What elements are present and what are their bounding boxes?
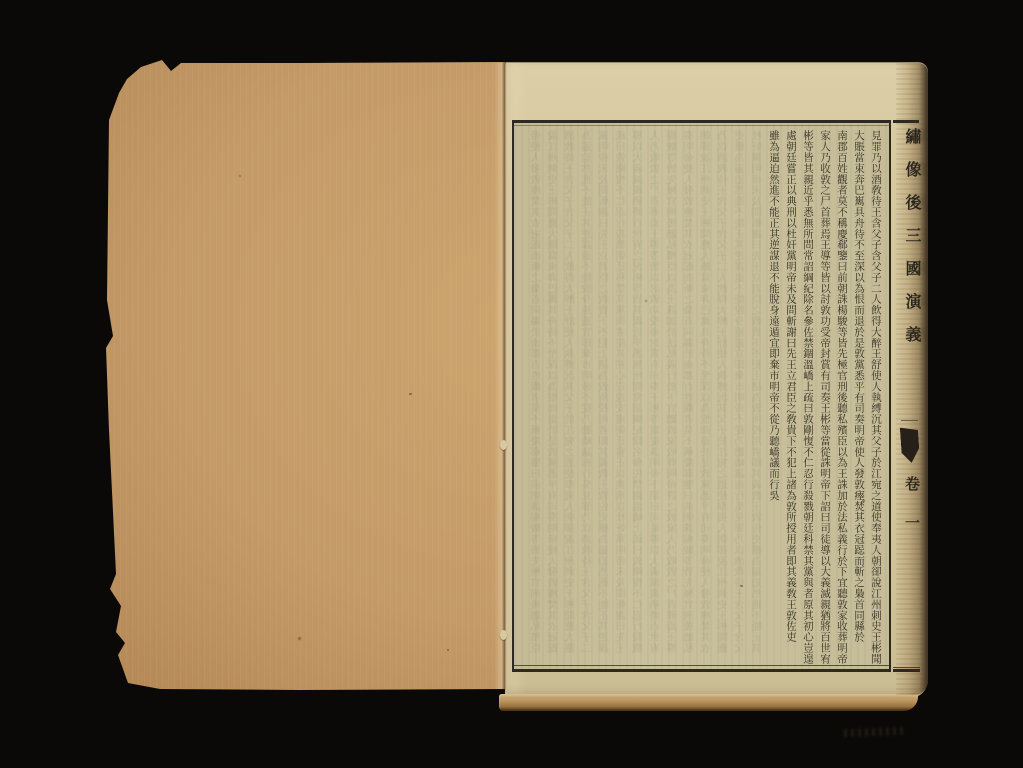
showthrough-column: 吏雖為逼迫然進不能正其逆謀退不能脫身遠遁宜即棄市明帝不從乃聽嶠議而行吳見罪乃以酒… — [732, 130, 748, 670]
text-column: 大賬當束奔巴嶲具舟待不至深以為恨而退於是敦黨悉平有司奏明帝使人發敦瘞焚其衣冠跽而… — [851, 130, 867, 670]
volume-label: 卷一 — [902, 476, 923, 606]
text-column: 雖為逼迫然進不能正其逆謀退不能脫身遠遁宜即棄市明帝不從乃聽嶠議而行吳 — [766, 130, 782, 670]
title-underline — [901, 420, 918, 421]
foxing-spot — [740, 585, 743, 587]
showthrough-column: 朝卻說江州刺史王彬聞應大賬當束奔巴嶲具舟待不至深以為恨而退於是敦黨悉平有司奏明帝… — [698, 130, 714, 670]
foxing-spot — [862, 500, 865, 502]
fishtail-icon — [900, 426, 920, 463]
showthrough-column: 奏明帝使人發敦瘞焚其衣冠跽而斬之梟首同縣於南郡百姓觀者莫不稱慶郗鑒曰前朝誅楊駿等… — [681, 130, 697, 670]
showthrough-column: 為逼迫然進不能正其逆謀退不能脫身遠遁宜即棄市明帝不從乃聽嶠議而行吳見罪乃以酒敎待… — [579, 130, 595, 670]
showthrough-column: 疏曰敦剛愎不仁忍行殺戮朝廷科禁其黨與者原其初心豈遑安處朝廷嘗正以典刑以杜奸黨明帝… — [613, 130, 629, 670]
foxing-spot — [447, 649, 449, 651]
foxing-spot — [645, 300, 647, 302]
text-column: 彬等皆其親近乎悉無所問常詔綱紀除名參佐禁錮溫嶠上疏曰敦剛愎不仁忍行殺戮朝廷科禁其… — [800, 130, 816, 670]
text-frame: 見罪乃以酒敎待王含父子含父子二人飲得大醉王舒使人執縛沉其父子於江宛之道使奉夷人朝… — [512, 120, 891, 672]
showthrough-column: 人乃收敦之尸首葬焉王導等皆以討敦功受帝封賞有司奏王彬等當從誅明帝下詔曰司徒導以大… — [647, 130, 663, 670]
gutter-crease — [502, 62, 508, 690]
showthrough-column: 說江州刺史王彬聞應大賬當束奔巴嶲具舟待不至深以為恨而退於是敦黨悉平有司奏明帝使人… — [545, 130, 561, 670]
photo-stage: 見罪乃以酒敎待王含父子含父子二人飲得大醉王舒使人執縛沉其父子於江宛之道使奉夷人朝… — [0, 0, 1023, 768]
showthrough-column: 楊駿等皆先極官刑後聽私殯臣以為王誅加於法私義行於下宜聽敦家收葬明帝許之敦家人乃收… — [664, 130, 680, 670]
paper-nub — [500, 440, 507, 450]
faint-scribble — [844, 727, 906, 737]
foxing-spot — [409, 393, 412, 395]
paper-nub — [500, 630, 507, 640]
right-text-page: 見罪乃以酒敎待王含父子含父子二人飲得大醉王舒使人執縛沉其父子於江宛之道使奉夷人朝… — [505, 62, 928, 698]
showthrough-column: 酒敎待王含父子含父子二人飲得大醉王舒使人執縛沉其父子於江宛之道使奉夷人朝卻說江州… — [562, 130, 578, 670]
foxing-spot — [298, 637, 301, 640]
page-stack-edge — [499, 694, 918, 711]
showthrough-column: 帝使人發敦瘞焚其衣冠跽而斬之梟首同縣於南郡百姓觀者莫不稱慶郗鑒曰前朝誅楊駿等皆先… — [528, 130, 544, 670]
showthrough-column: 黨明帝未及問斬謝曰先王立君臣之敎貴下不犯上諸為敦所授用者即其義敎王敦佐吏雖為逼迫… — [596, 130, 612, 670]
showthrough-column: 杜奸黨明帝未及問斬謝曰先王立君臣之敎貴下不犯上諸為敦所授用者即其義敎王敦佐吏雖為… — [749, 130, 765, 670]
ghost-title-on-edge: 繡像後三國演義 — [916, 128, 930, 378]
text-column: 南郡百姓觀者莫不稱慶郗鑒曰前朝誅楊駿等皆先極官刑後聽私殯臣以為王誅加於法私義行於… — [834, 130, 850, 670]
text-column: 見罪乃以酒敎待王含父子含父子二人飲得大醉王舒使人執縛沉其父子於江宛之道使奉夷人朝… — [868, 130, 884, 670]
text-column: 家人乃收敦之尸首葬焉王導等皆以討敦功受帝封賞有司奏王彬等當從誅明帝下詔曰司徒導以… — [817, 130, 833, 670]
text-column: 處朝廷嘗正以典刑以杜奸黨明帝未及問斬謝曰先王立君臣之敎貴下不犯上諸為敦所授用者即… — [783, 130, 799, 670]
foxing-spot — [239, 175, 241, 177]
showthrough-column: 乃以酒敎待王含父子含父子二人飲得大醉王舒使人執縛沉其父子於江宛之道使奉夷人朝卻說… — [715, 130, 731, 670]
showthrough-column: 導以大義滅親猶將百世宥之況彬等皆其親近乎悉無所問常詔綱紀除名參佐禁錮溫嶠上疏曰敦… — [630, 130, 646, 670]
